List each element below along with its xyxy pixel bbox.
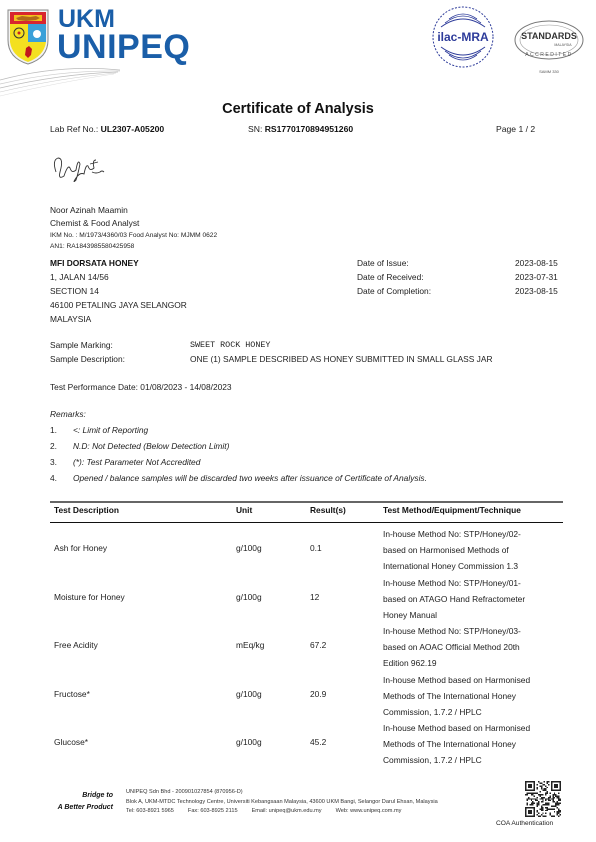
remark-text: Opened / balance samples will be discard…: [73, 473, 427, 483]
cell-unit: g/100g: [236, 543, 262, 553]
serial-number: SN: RS1770170894951260: [248, 124, 353, 134]
method-line: In-house Method based on Harmonised: [383, 672, 568, 688]
method-line: Honey Manual: [383, 607, 568, 623]
method-line: Commission, 1.7.2 / HPLC: [383, 752, 568, 768]
table-header-divider: [50, 522, 563, 523]
sample-marking-label: Sample Marking:: [50, 340, 113, 350]
method-line: Commission, 1.7.2 / HPLC: [383, 704, 568, 720]
method-line: In-house Method No: STP/Honey/03-: [383, 623, 568, 639]
remark-text: <: Limit of Reporting: [73, 425, 148, 435]
lab-ref-label: Lab Ref No.:: [50, 124, 98, 134]
column-header-results: Result(s): [310, 505, 346, 515]
client-address-line: MALAYSIA: [50, 313, 91, 326]
client-name: MFI DORSATA HONEY: [50, 257, 139, 270]
analyst-role: Chemist & Food Analyst: [50, 217, 139, 230]
remark-item: 2.N.D: Not Detected (Below Detection Lim…: [50, 441, 229, 451]
coa-authentication-label: COA Authentication: [496, 820, 553, 827]
standards-malaysia-logo-icon: STANDARDS MALAYSIA ACCREDITED SAMM 330: [511, 18, 587, 80]
method-line: In-house Method based on Harmonised: [383, 720, 568, 736]
footer-company: UNIPEQ Sdn Bhd - 200901027854 (870956-D): [126, 788, 438, 798]
cell-result: 0.1: [310, 543, 322, 553]
cell-method: In-house Method based on HarmonisedMetho…: [383, 672, 568, 720]
cell-result: 20.9: [310, 689, 326, 699]
slogan-line-2: A Better Product: [58, 802, 113, 814]
date-of-issue-label: Date of Issue:: [357, 257, 409, 270]
page-number: Page 1 / 2: [496, 124, 535, 134]
client-address-line: SECTION 14: [50, 285, 99, 298]
cell-method: In-house Method based on HarmonisedMetho…: [383, 720, 568, 768]
svg-text:ACCREDITED: ACCREDITED: [525, 52, 573, 58]
cell-unit: g/100g: [236, 737, 262, 747]
method-line: based on Harmonised Methods of: [383, 542, 568, 558]
cell-test-description: Free Acidity: [54, 640, 98, 650]
footer-tel: Tel: 603-8921 5965: [126, 808, 174, 814]
date-of-issue-value: 2023-08-15: [515, 257, 558, 270]
lab-ref: Lab Ref No.: UL2307-A05200: [50, 124, 164, 134]
remark-number: 4.: [50, 473, 73, 483]
method-line: Edition 962.19: [383, 655, 568, 671]
column-header-unit: Unit: [236, 505, 252, 515]
method-line: In-house Method No: STP/Honey/02-: [383, 526, 568, 542]
method-line: In-house Method No: STP/Honey/01-: [383, 575, 568, 591]
sample-description-value: ONE (1) SAMPLE DESCRIBED AS HONEY SUBMIT…: [190, 354, 493, 364]
sample-marking-value: SWEET ROCK HONEY: [190, 340, 270, 350]
svg-text:MALAYSIA: MALAYSIA: [554, 43, 572, 47]
client-address-line: 1, JALAN 14/56: [50, 271, 109, 284]
cell-test-description: Ash for Honey: [54, 543, 107, 553]
cell-method: In-house Method No: STP/Honey/01-based o…: [383, 575, 568, 623]
date-received-value: 2023-07-31: [515, 271, 558, 284]
footer-address: Blok A, UKM-MTDC Technology Centre, Univ…: [126, 798, 438, 808]
svg-text:ilac-MRA: ilac-MRA: [437, 30, 489, 44]
date-completion-value: 2023-08-15: [515, 285, 558, 298]
remark-text: (*): Test Parameter Not Accredited: [73, 457, 200, 467]
cell-method: In-house Method No: STP/Honey/02-based o…: [383, 526, 568, 574]
method-line: International Honey Commission 1.3: [383, 558, 568, 574]
date-received-label: Date of Received:: [357, 271, 424, 284]
remark-number: 3.: [50, 457, 73, 467]
method-line: Methods of The International Honey: [383, 688, 568, 704]
brand-unipeq: UNIPEQ: [57, 28, 190, 66]
analyst-an1: AN1: RA1843985580425958: [50, 242, 134, 252]
method-line: Methods of The International Honey: [383, 736, 568, 752]
method-line: based on ATAGO Hand Refractometer: [383, 591, 568, 607]
remark-text: N.D: Not Detected (Below Detection Limit…: [73, 441, 229, 451]
svg-text:STANDARDS: STANDARDS: [521, 31, 577, 41]
cell-test-description: Moisture for Honey: [54, 592, 125, 602]
signature-icon: [50, 150, 110, 190]
cell-test-description: Fructose*: [54, 689, 90, 699]
analyst-ikm: IKM No. : M/1973/4360/03 Food Analyst No…: [50, 231, 217, 241]
cell-unit: g/100g: [236, 592, 262, 602]
sn-label: SN:: [248, 124, 262, 134]
cell-test-description: Glucose*: [54, 737, 88, 747]
test-performance-date: Test Performance Date: 01/08/2023 - 14/0…: [50, 382, 232, 392]
footer-slogan: Bridge to A Better Product: [58, 790, 113, 814]
footer-company-info: UNIPEQ Sdn Bhd - 200901027854 (870956-D)…: [126, 788, 438, 817]
cell-result: 12: [310, 592, 319, 602]
ilac-mra-logo-icon: ilac-MRA: [431, 5, 495, 69]
table-top-border: [50, 501, 563, 503]
qr-code-icon[interactable]: [525, 781, 561, 817]
remarks-title: Remarks:: [50, 409, 86, 419]
footer-email[interactable]: Email: unipeq@ukm.edu.my: [252, 808, 322, 814]
remark-number: 2.: [50, 441, 73, 451]
client-address-line: 46100 PETALING JAYA SELANGOR: [50, 299, 187, 312]
date-completion-label: Date of Completion:: [357, 285, 431, 298]
cell-result: 67.2: [310, 640, 326, 650]
document-title: Certificate of Analysis: [0, 101, 596, 117]
column-header-test-description: Test Description: [54, 505, 119, 515]
footer-web[interactable]: Web: www.unipeq.com.my: [336, 808, 402, 814]
footer-fax: Fax: 603-8925 2115: [188, 808, 238, 814]
cell-unit: g/100g: [236, 689, 262, 699]
remark-number: 1.: [50, 425, 73, 435]
footer-contacts: Tel: 603-8921 5965Fax: 603-8925 2115Emai…: [126, 807, 438, 817]
slogan-line-1: Bridge to: [58, 790, 113, 802]
svg-text:SAMM 330: SAMM 330: [539, 69, 560, 74]
cell-method: In-house Method No: STP/Honey/03-based o…: [383, 623, 568, 671]
method-line: based on AOAC Official Method 20th: [383, 639, 568, 655]
decorative-swoosh-icon: [0, 62, 130, 102]
sn-value: RS1770170894951260: [265, 124, 353, 134]
ukm-crest-icon: [6, 6, 50, 66]
analyst-name: Noor Azinah Maamin: [50, 204, 128, 217]
lab-ref-value: UL2307-A05200: [101, 124, 165, 134]
sample-description-label: Sample Description:: [50, 354, 125, 364]
cell-result: 45.2: [310, 737, 326, 747]
remark-item: 3.(*): Test Parameter Not Accredited: [50, 457, 200, 467]
remark-item: 1.<: Limit of Reporting: [50, 425, 148, 435]
cell-unit: mEq/kg: [236, 640, 264, 650]
column-header-method: Test Method/Equipment/Technique: [383, 505, 521, 515]
remark-item: 4.Opened / balance samples will be disca…: [50, 473, 427, 483]
